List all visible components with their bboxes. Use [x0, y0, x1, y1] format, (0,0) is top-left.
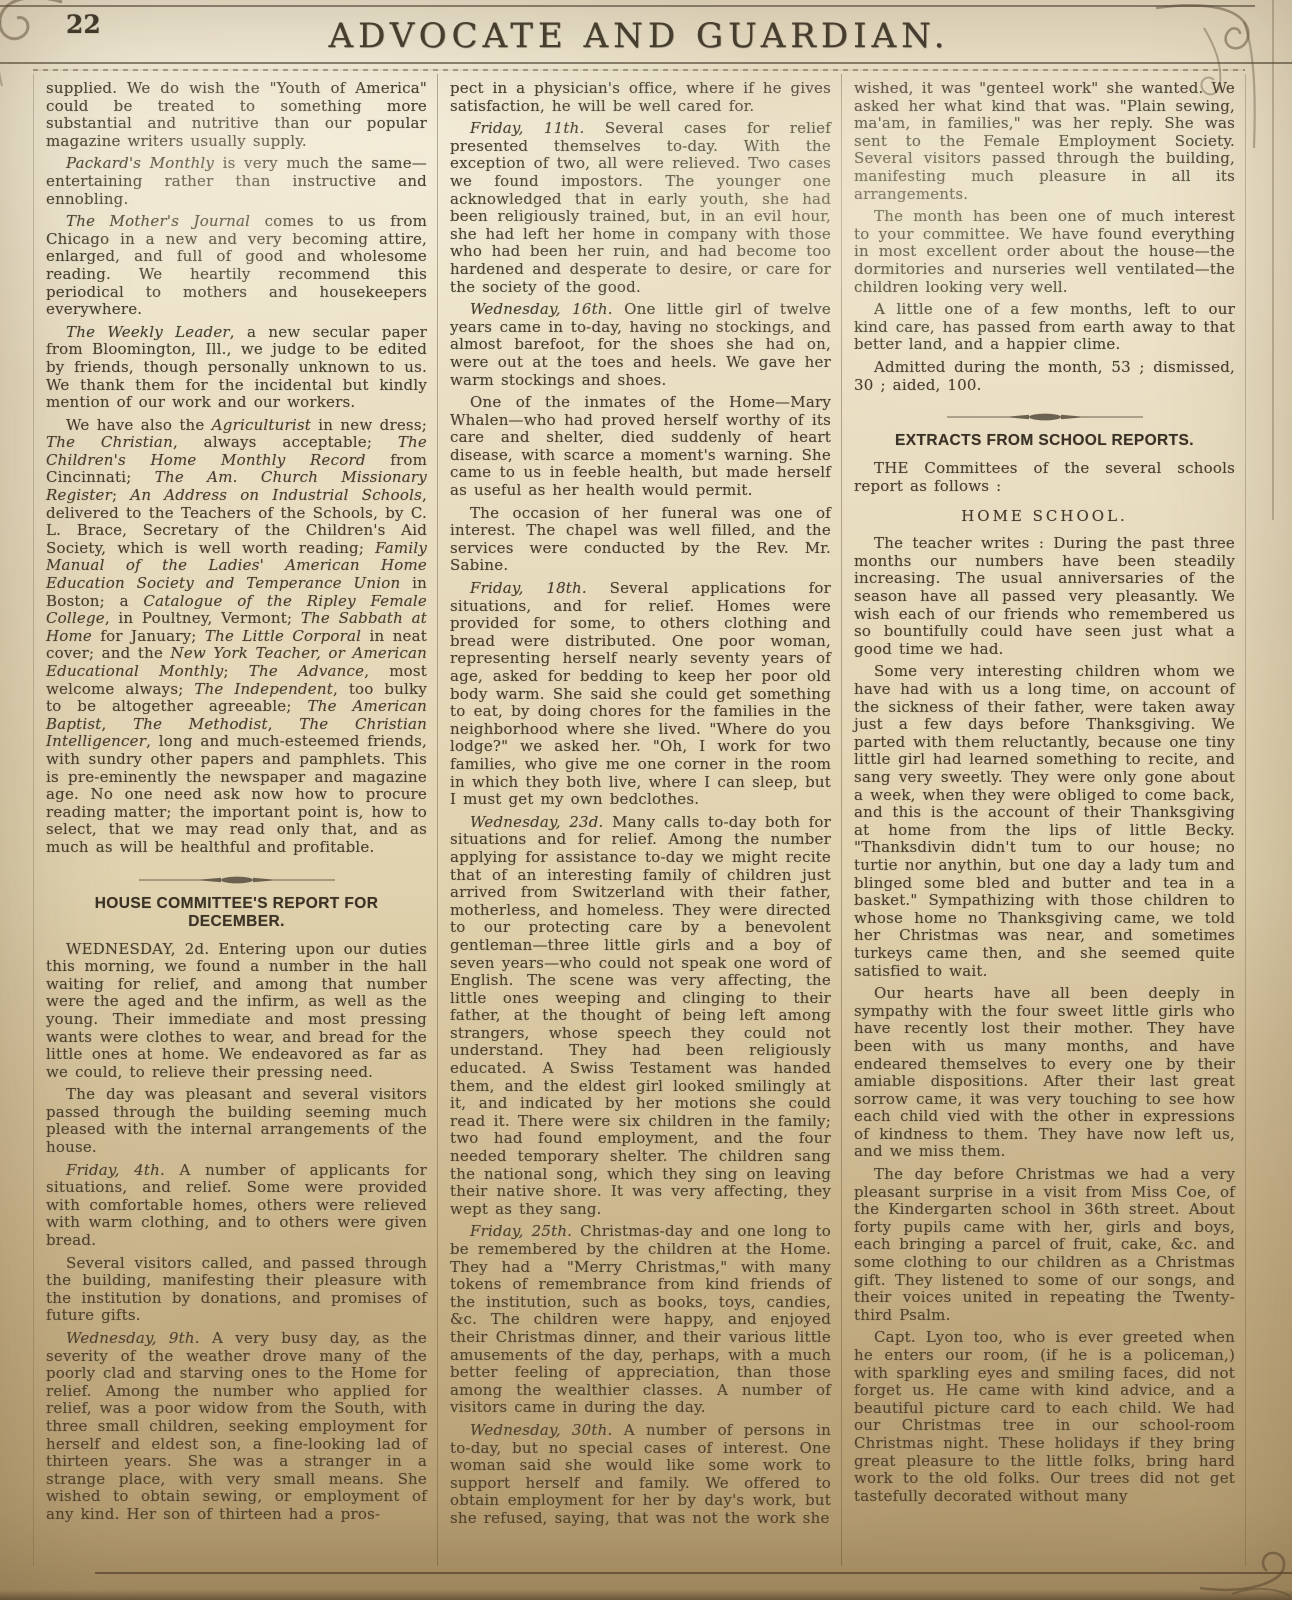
paragraph: WEDNESDAY, 2d. Entering upon our duties … — [46, 941, 427, 1082]
paragraph: The month has been one of much interest … — [854, 208, 1235, 296]
column-1: supplied. We do wish the "Youth of Ameri… — [33, 74, 437, 1566]
masthead-rule — [0, 62, 1292, 64]
paragraph: Our hearts have all been deeply in sympa… — [854, 985, 1235, 1161]
paragraph: Wednesday, 9th. A very busy day, as the … — [46, 1330, 427, 1524]
paragraph: We have also the Agriculturist in new dr… — [46, 417, 427, 857]
paragraph: Wednesday, 23d. Many calls to-day both f… — [450, 814, 831, 1219]
paragraph: One of the inmates of the Home—Mary Whal… — [450, 394, 831, 500]
paragraph: The Mother's Journal comes to us from Ch… — [46, 213, 427, 319]
column-3: wished, it was "genteel work" she wanted… — [841, 74, 1245, 1566]
paragraph: A little one of a few months, left to ou… — [854, 301, 1235, 354]
bottom-rule — [95, 1572, 1292, 1574]
paragraph: Friday, 18th. Several applications for s… — [450, 580, 831, 809]
paragraph: Capt. Lyon too, who is ever greeted when… — [854, 1329, 1235, 1505]
divider-ornament-icon — [854, 408, 1235, 420]
sub-heading: HOME SCHOOL. — [854, 507, 1235, 525]
paragraph: The occasion of her funeral was one of i… — [450, 505, 831, 575]
paragraph: Wednesday, 30th. A number of persons in … — [450, 1422, 831, 1528]
masthead-title: ADVOCATE AND GUARDIAN. — [33, 16, 1245, 56]
masthead-rule-wavy — [33, 69, 1245, 71]
paragraph: Packard's Monthly is very much the same—… — [46, 155, 427, 208]
paragraph: Several visitors called, and passed thro… — [46, 1255, 427, 1325]
top-border-rule — [0, 5, 1255, 7]
page-edge-line — [1272, 0, 1274, 520]
paragraph: The teacher writes : During the past thr… — [854, 535, 1235, 658]
paragraph: pect in a physician's office, where if h… — [450, 80, 831, 115]
paragraph: Some very interesting children whom we h… — [854, 663, 1235, 980]
divider-ornament-icon — [46, 871, 427, 883]
paragraph: Friday, 25th. Christmas-day and one long… — [450, 1223, 831, 1417]
paragraph: The day before Christmas we had a very p… — [854, 1166, 1235, 1324]
paragraph: THE Committees of the several schools re… — [854, 460, 1235, 495]
paragraph: Wednesday, 16th. One little girl of twel… — [450, 301, 831, 389]
paragraph: The Weekly Leader, a new secular paper f… — [46, 324, 427, 412]
column-2: pect in a physician's office, where if h… — [437, 74, 841, 1566]
section-heading: HOUSE COMMITTEE'S REPORT FOR DECEMBER. — [50, 895, 423, 931]
page-bottom-edge — [0, 1590, 1292, 1600]
paragraph: supplied. We do wish the "Youth of Ameri… — [46, 80, 427, 150]
paragraph: wished, it was "genteel work" she wanted… — [854, 80, 1235, 203]
paragraph: The day was pleasant and several visitor… — [46, 1086, 427, 1156]
paragraph: Friday, 11th. Several cases for relief p… — [450, 120, 831, 296]
section-heading: EXTRACTS FROM SCHOOL REPORTS. — [858, 432, 1231, 450]
article-columns: supplied. We do wish the "Youth of Ameri… — [33, 74, 1246, 1566]
paragraph: Friday, 4th. A number of applicants for … — [46, 1162, 427, 1250]
paragraph: Admitted during the month, 53 ; dismisse… — [854, 359, 1235, 394]
